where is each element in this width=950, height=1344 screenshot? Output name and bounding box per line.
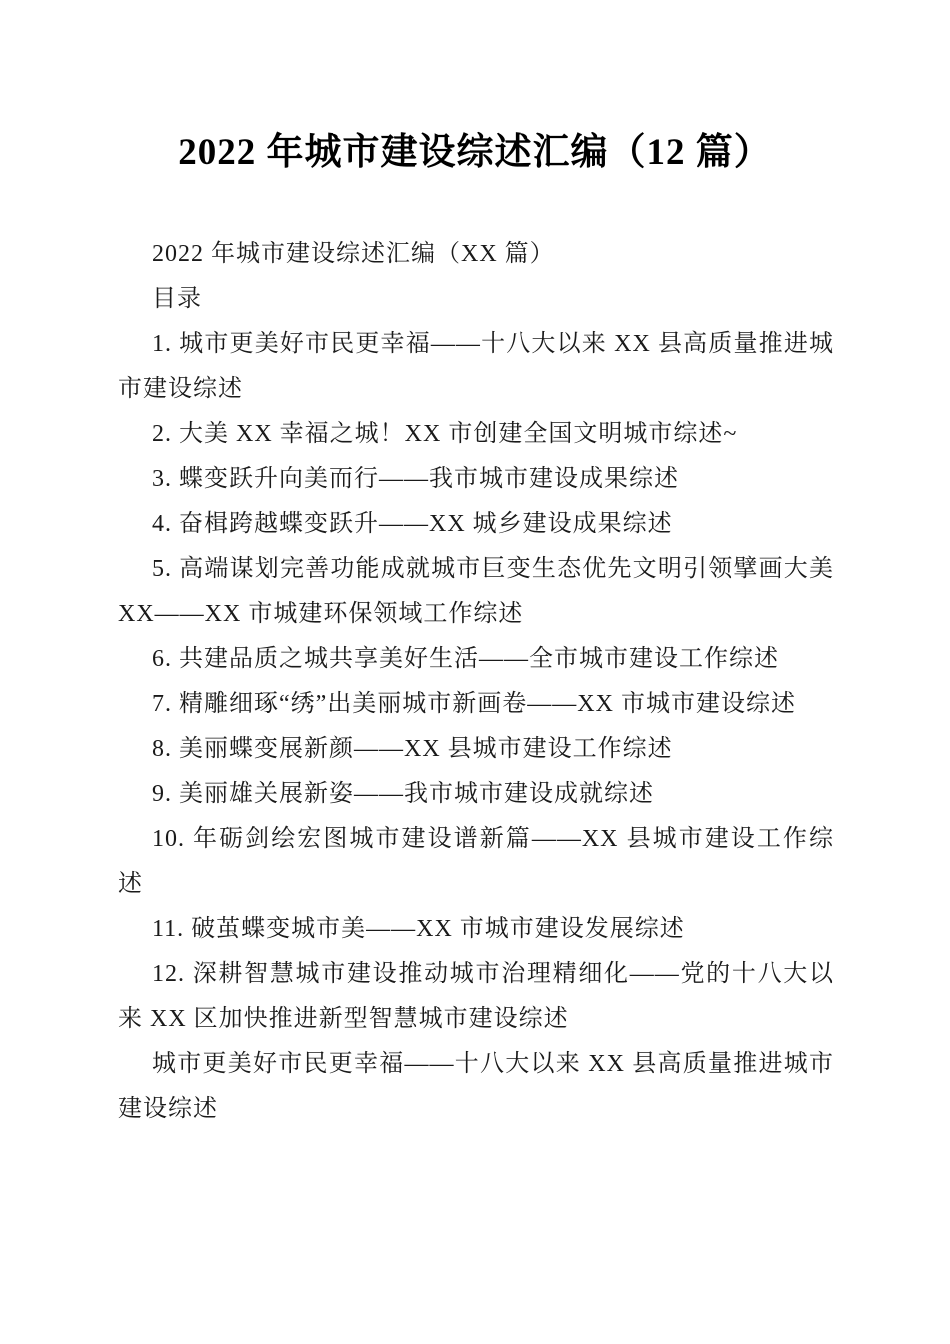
toc-heading: 目录 bbox=[118, 277, 834, 322]
toc-item-8: 8. 美丽蝶变展新颜——XX 县城市建设工作综述 bbox=[118, 727, 834, 772]
toc-item-5: 5. 高端谋划完善功能成就城市巨变生态优先文明引领擘画大美 XX——XX 市城建… bbox=[118, 547, 834, 637]
toc-item-3: 3. 蝶变跃升向美而行——我市城市建设成果综述 bbox=[118, 457, 834, 502]
document-page: 2022 年城市建设综述汇编（12 篇） 2022 年城市建设综述汇编（XX 篇… bbox=[0, 0, 950, 1344]
toc-item-2: 2. 大美 XX 幸福之城！XX 市创建全国文明城市综述~ bbox=[118, 412, 834, 457]
toc-item-4: 4. 奋楫跨越蝶变跃升——XX 城乡建设成果综述 bbox=[118, 502, 834, 547]
toc-item-1: 1. 城市更美好市民更幸福——十八大以来 XX 县高质量推进城市建设综述 bbox=[118, 322, 834, 412]
document-title: 2022 年城市建设综述汇编（12 篇） bbox=[0, 0, 950, 178]
first-section-heading: 城市更美好市民更幸福——十八大以来 XX 县高质量推进城市建设综述 bbox=[118, 1042, 834, 1132]
toc-item-11: 11. 破茧蝶变城市美——XX 市城市建设发展综述 bbox=[118, 907, 834, 952]
toc-item-7: 7. 精雕细琢“绣”出美丽城市新画卷——XX 市城市建设综述 bbox=[118, 682, 834, 727]
toc-item-6: 6. 共建品质之城共享美好生活——全市城市建设工作综述 bbox=[118, 637, 834, 682]
toc-item-12: 12. 深耕智慧城市建设推动城市治理精细化——党的十八大以来 XX 区加快推进新… bbox=[118, 952, 834, 1042]
document-body: 2022 年城市建设综述汇编（XX 篇） 目录 1. 城市更美好市民更幸福——十… bbox=[118, 232, 834, 1132]
toc-item-10: 10. 年砺剑绘宏图城市建设谱新篇——XX 县城市建设工作综述 bbox=[118, 817, 834, 907]
toc-item-9: 9. 美丽雄关展新姿——我市城市建设成就综述 bbox=[118, 772, 834, 817]
doc-subtitle: 2022 年城市建设综述汇编（XX 篇） bbox=[118, 232, 834, 277]
